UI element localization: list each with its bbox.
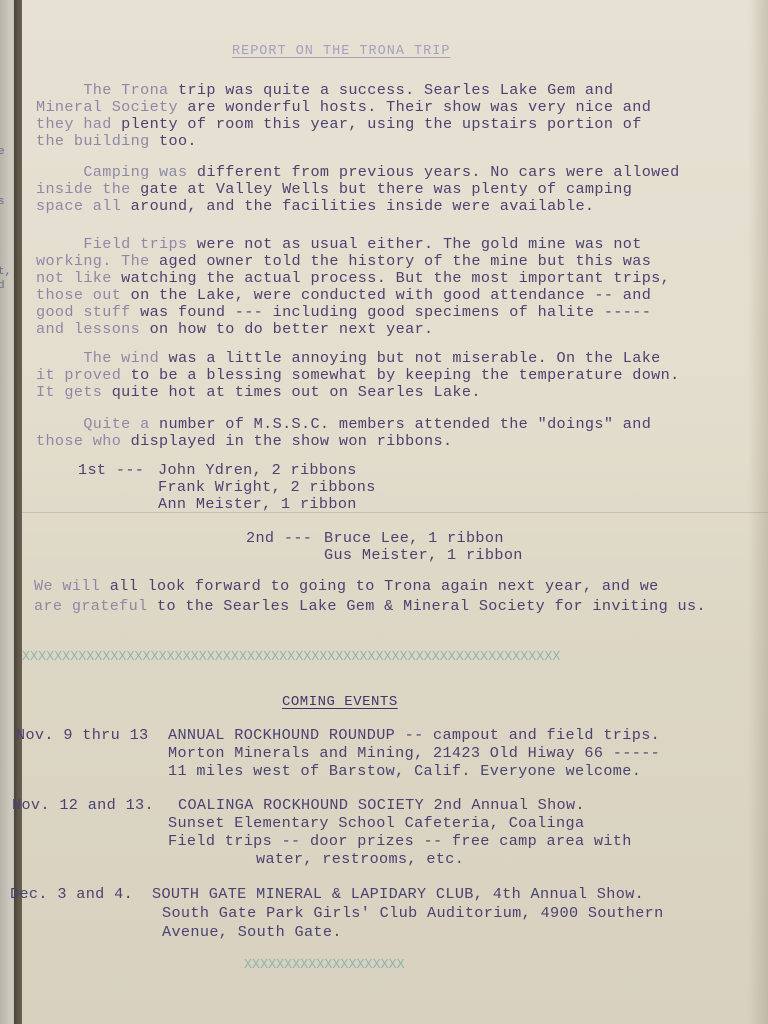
event-line: Field trips -- door prizes -- free camp … — [168, 833, 632, 850]
text-line: good stuff was found --- including good … — [36, 304, 651, 321]
text-line: The wind was a little annoying but not m… — [36, 350, 661, 367]
event-date: Nov. 9 thru 13 — [16, 727, 149, 744]
winner-entry: Ann Meister, 1 ribbon — [158, 496, 357, 513]
text-line: it proved to be a blessing somewhat by k… — [36, 367, 680, 384]
text-line: are grateful to the Searles Lake Gem & M… — [34, 598, 706, 615]
winner-entry: Gus Meister, 1 ribbon — [324, 547, 523, 564]
text-line: and lessons on how to do better next yea… — [36, 321, 434, 338]
place-label: 2nd --- — [246, 530, 312, 547]
text-line: Camping was different from previous year… — [36, 164, 680, 181]
text-line: those out on the Lake, were conducted wi… — [36, 287, 651, 304]
text-line: those who displayed in the show won ribb… — [36, 433, 452, 450]
text-line: The Trona trip was quite a success. Sear… — [36, 82, 613, 99]
report-title: REPORT ON THE TRONA TRIP — [232, 44, 450, 59]
event-line: ANNUAL ROCKHOUND ROUNDUP -- campout and … — [168, 727, 660, 744]
text-line: Field trips were not as usual either. Th… — [36, 236, 642, 253]
x-divider-short: XXXXXXXXXXXXXXXXXXXX — [244, 958, 405, 973]
text-line: Mineral Society are wonderful hosts. The… — [36, 99, 651, 116]
text-line: space all around, and the facilities ins… — [36, 198, 594, 215]
place-label: 1st --- — [78, 462, 144, 479]
winner-entry: Frank Wright, 2 ribbons — [158, 479, 376, 496]
event-line: South Gate Park Girls' Club Auditorium, … — [162, 905, 664, 922]
text-line: they had plenty of room this year, using… — [36, 116, 642, 133]
left-page-fragment: s — [0, 196, 5, 208]
text-line: It gets quite hot at times out on Searle… — [36, 384, 481, 401]
text-line: the building too. — [36, 133, 197, 150]
text-line: Quite a number of M.S.S.C. members atten… — [36, 416, 651, 433]
text-line: We will all look forward to going to Tro… — [34, 578, 659, 595]
winner-entry: John Ydren, 2 ribbons — [158, 462, 357, 479]
text-line: inside the gate at Valley Wells but ther… — [36, 181, 632, 198]
left-page-fragment: t, — [0, 266, 11, 278]
event-date: Dec. 3 and 4. — [10, 886, 133, 903]
event-line: Morton Minerals and Mining, 21423 Old Hi… — [168, 745, 660, 762]
event-line: COALINGA ROCKHOUND SOCIETY 2nd Annual Sh… — [178, 797, 585, 814]
coming-events-heading: COMING EVENTS — [282, 694, 398, 710]
left-page-fragment: d — [0, 280, 5, 292]
text-line: working. The aged owner told the history… — [36, 253, 651, 270]
x-divider-long: XXXXXXXXXXXXXXXXXXXXXXXXXXXXXXXXXXXXXXXX… — [22, 650, 560, 665]
event-line: SOUTH GATE MINERAL & LAPIDARY CLUB, 4th … — [152, 886, 644, 903]
event-line: Avenue, South Gate. — [162, 924, 342, 941]
event-line: Sunset Elementary School Cafeteria, Coal… — [168, 815, 584, 832]
winner-entry: Bruce Lee, 1 ribbon — [324, 530, 504, 547]
event-date: Nov. 12 and 13. — [12, 797, 154, 814]
event-line: water, restrooms, etc. — [256, 851, 464, 868]
text-line: not like watching the actual process. Bu… — [36, 270, 670, 287]
page-fold-line — [22, 512, 768, 513]
left-page-fragment: e — [0, 146, 5, 158]
event-line: 11 miles west of Barstow, Calif. Everyon… — [168, 763, 641, 780]
